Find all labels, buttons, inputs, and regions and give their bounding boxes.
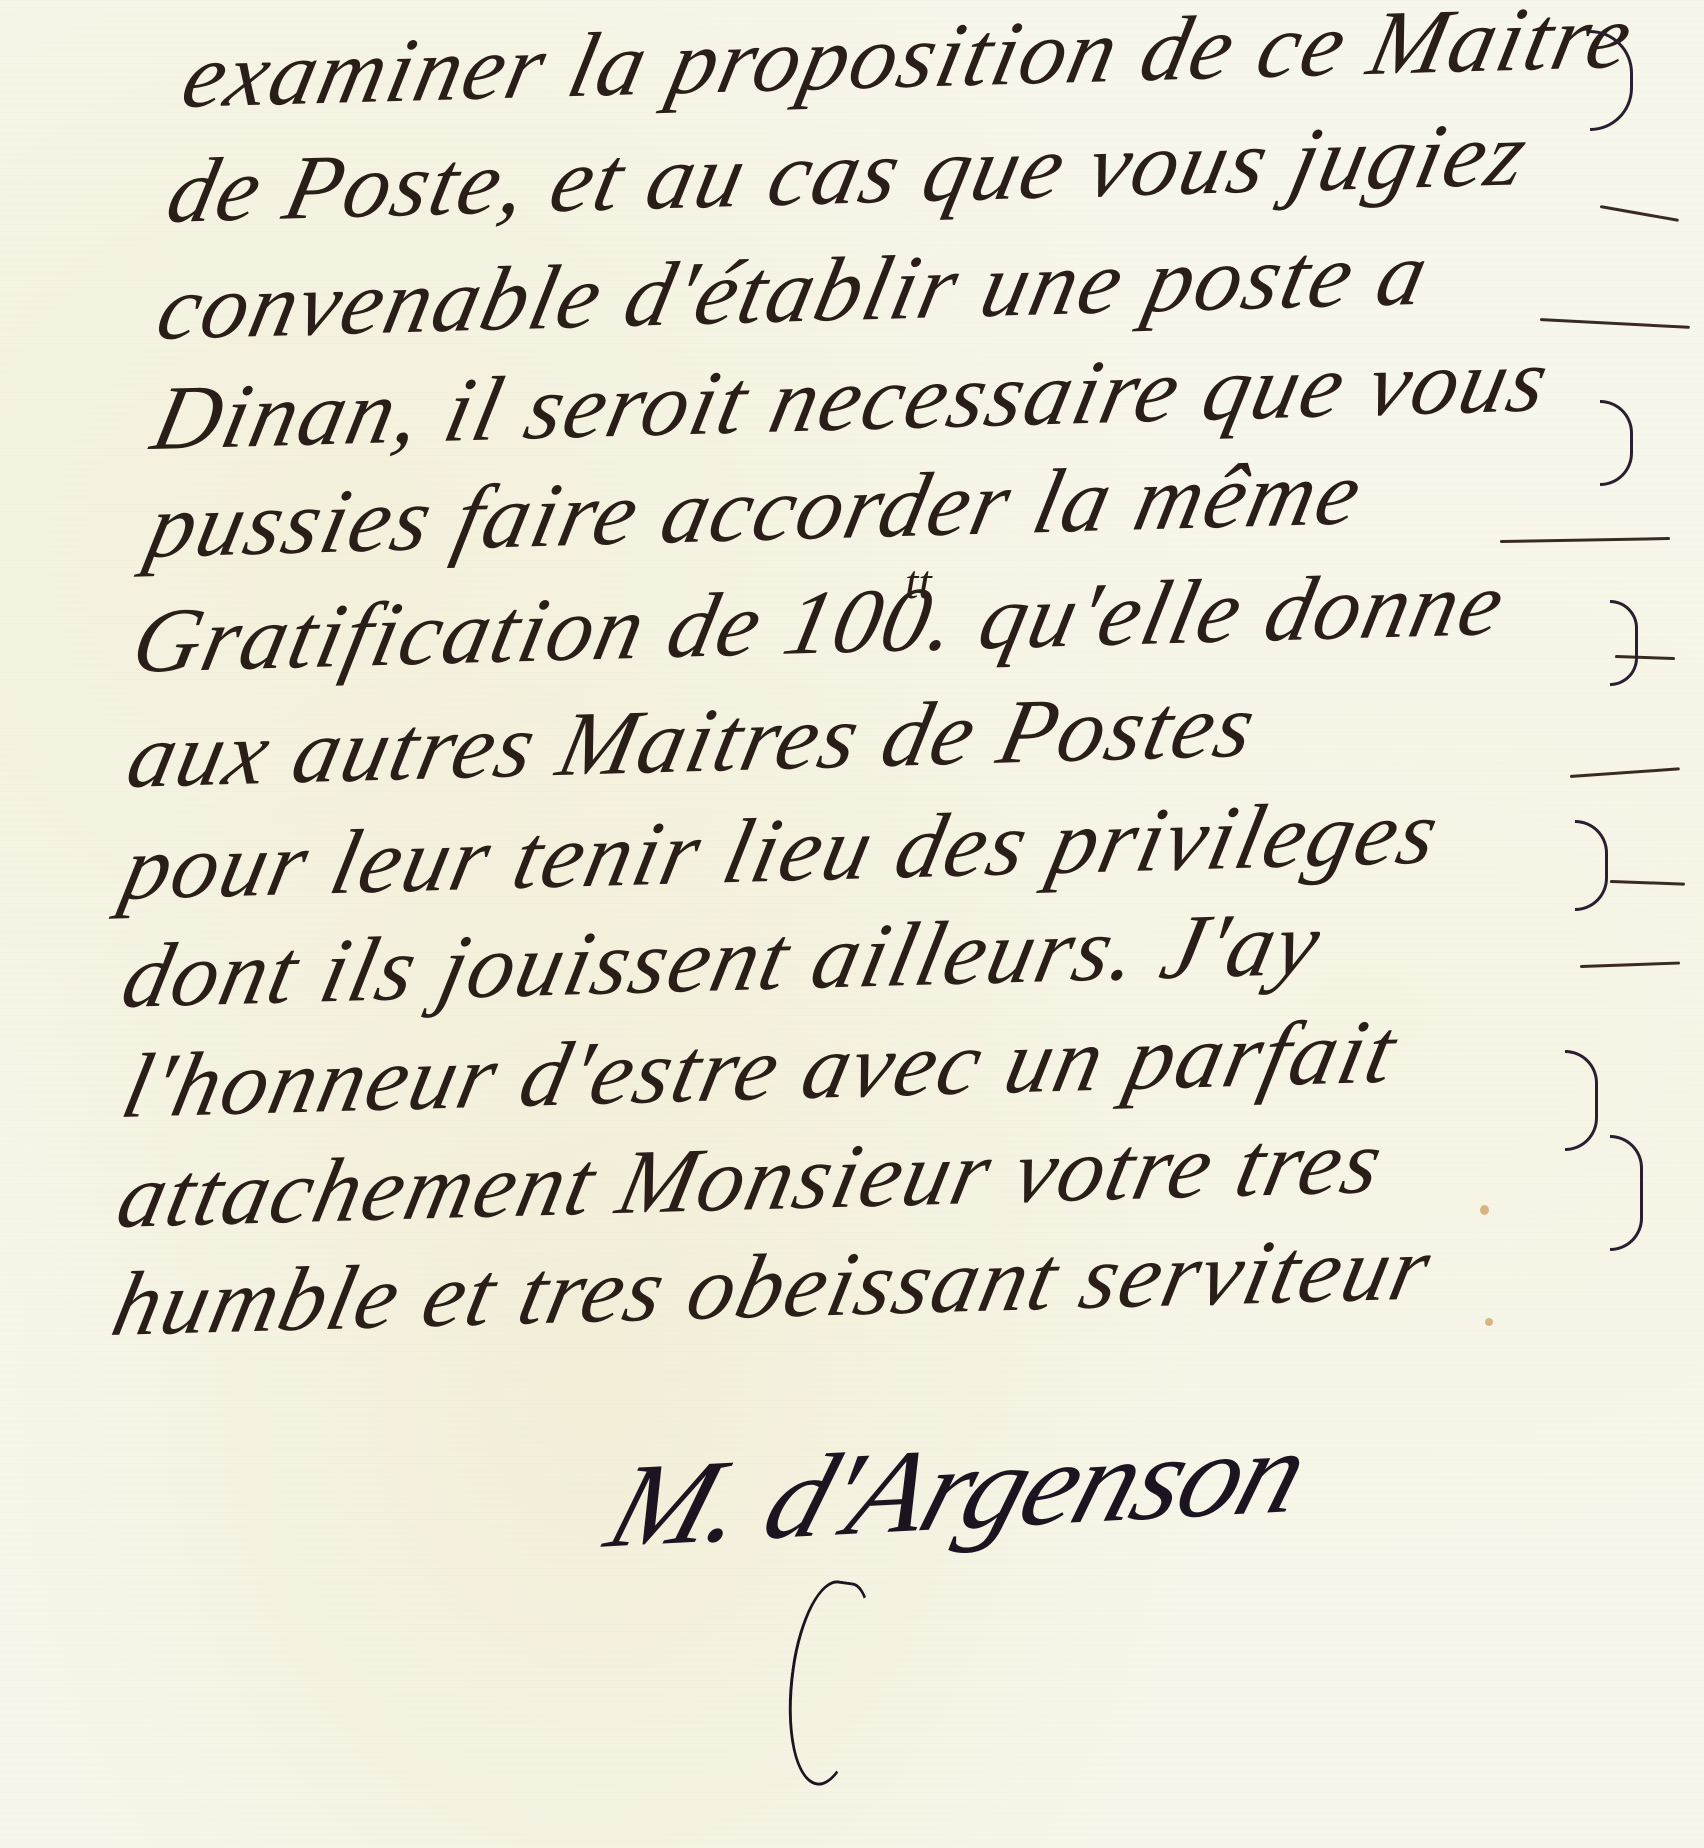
interlinear-mark: tt xyxy=(905,555,932,610)
margin-flourish xyxy=(1610,1135,1643,1251)
ink-spot xyxy=(1480,1205,1489,1215)
ink-spot xyxy=(1485,1318,1493,1326)
